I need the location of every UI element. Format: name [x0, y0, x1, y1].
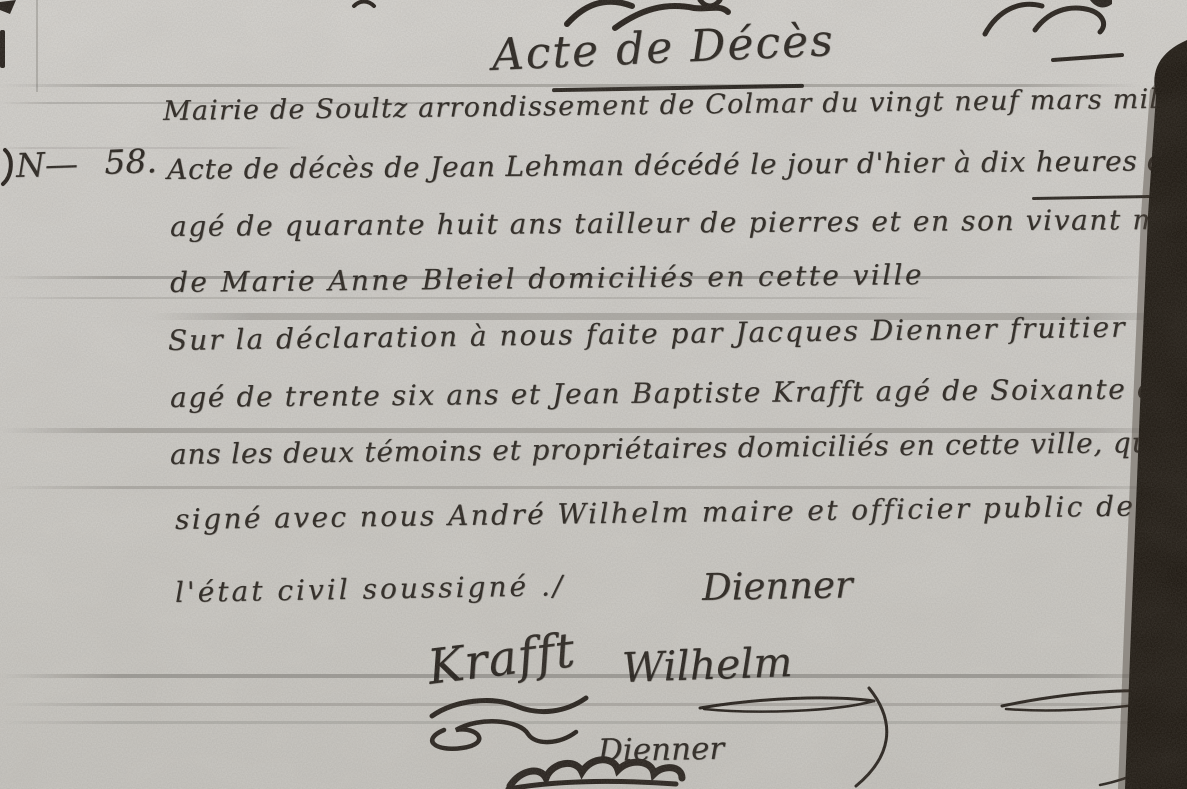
signature-krafft: Krafft: [425, 622, 579, 696]
signature-dienner-declarant: Dienner: [702, 563, 853, 609]
scan-streak: [0, 703, 1187, 706]
manuscript-line-5: agé de trente six ans et Jean Baptiste K…: [170, 372, 1187, 414]
document-title: Acte de Décès: [491, 15, 836, 81]
manuscript-line-7: signé avec nous André Wilhelm maire et o…: [175, 490, 1136, 536]
wilhelm-flourish: [700, 688, 1184, 786]
manuscript-line-1: Acte de décès de Jean Lehman décédé le j…: [167, 143, 1187, 186]
manuscript-line-4: Sur la déclaration à nous faite par Jacq…: [168, 311, 1127, 357]
manuscript-line-2: agé de quarante huit ans tailleur de pie…: [170, 203, 1187, 243]
scan-streak: [0, 297, 940, 299]
scan-streak: [0, 674, 1187, 678]
krafft-flourish: [432, 698, 586, 749]
scan-streak: [0, 486, 1187, 489]
scan-streak: [0, 721, 1187, 724]
manuscript-line-3: de Marie Anne Bleiel domiciliés en cette…: [170, 258, 924, 299]
record-number: N— 58.: [15, 141, 157, 185]
manuscript-line-6: ans les deux témoins et propriétaires do…: [170, 425, 1187, 471]
signature-wilhelm: Wilhelm: [621, 638, 793, 692]
signature-dienner-bottom: Dienner: [598, 731, 725, 769]
soir-underline: [1032, 195, 1150, 200]
margin-rule-fragment: [36, 0, 38, 92]
scanned-document-page: Acte de Décès Mairie de Soultz arrondiss…: [0, 0, 1187, 789]
manuscript-line-8: l'état civil soussigné ./: [175, 569, 566, 609]
